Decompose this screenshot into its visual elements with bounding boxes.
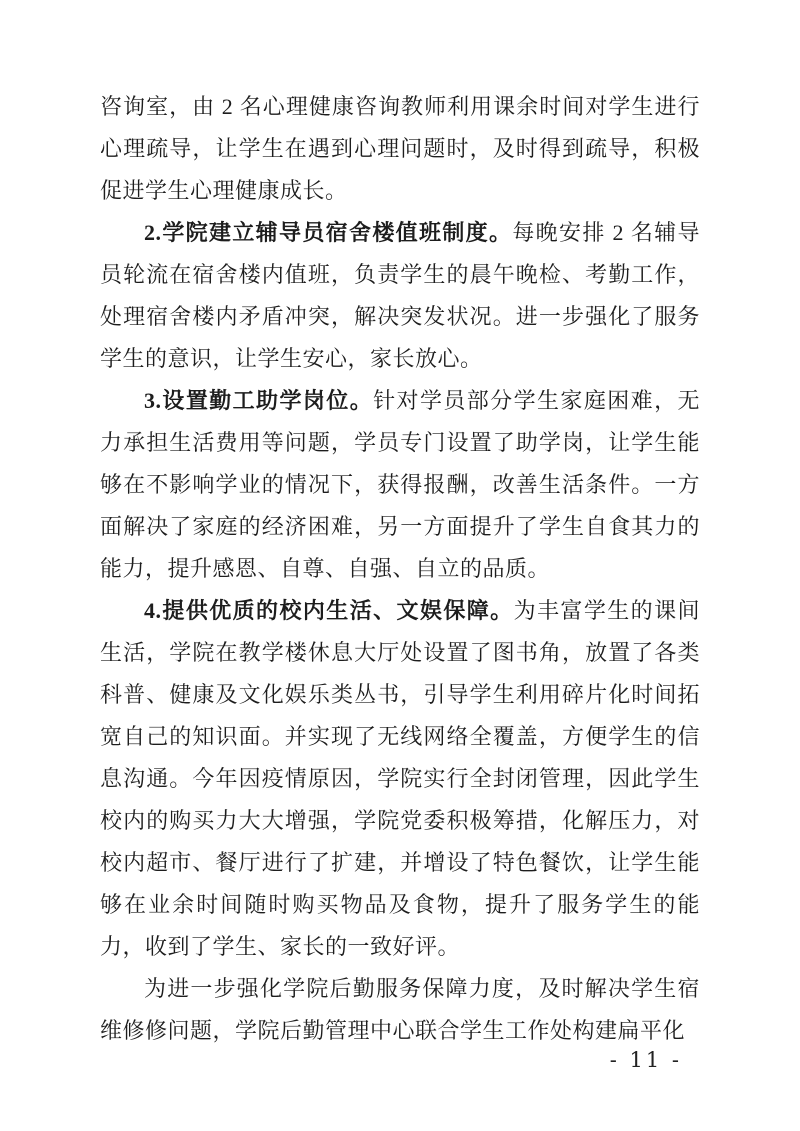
paragraph: 2.学院建立辅导员宿舍楼值班制度。每晚安排 2 名辅导员轮流在宿舍楼内值班，负责… [100,212,700,380]
paragraph-text: 为丰富学生的课间生活，学院在教学楼休息大厅处设置了图书角，放置了各类科普、健康及… [100,598,700,959]
paragraph-text: 咨询室，由 2 名心理健康咨询教师利用课余时间对学生进行心理疏导，让学生在遇到心… [100,94,700,203]
paragraph-text: 针对学员部分学生家庭困难，无力承担生活费用等问题，学员专门设置了助学岗，让学生能… [100,388,700,581]
document-page: 咨询室，由 2 名心理健康咨询教师利用课余时间对学生进行心理疏导，让学生在遇到心… [0,0,800,1131]
paragraph: 3.设置勤工助学岗位。针对学员部分学生家庭困难，无力承担生活费用等问题，学员专门… [100,380,700,590]
paragraph: 4.提供优质的校内生活、文娱保障。为丰富学生的课间生活，学院在教学楼休息大厅处设… [100,590,700,968]
paragraph-lead: 3.设置勤工助学岗位。 [144,388,373,413]
paragraph-lead: 2.学院建立辅导员宿舍楼值班制度。 [144,220,512,245]
paragraph: 咨询室，由 2 名心理健康咨询教师利用课余时间对学生进行心理疏导，让学生在遇到心… [100,86,700,212]
document-body: 咨询室，由 2 名心理健康咨询教师利用课余时间对学生进行心理疏导，让学生在遇到心… [100,86,700,1052]
paragraph-lead: 4.提供优质的校内生活、文娱保障。 [144,598,514,623]
paragraph-text: 为进一步强化学院后勤服务保障力度，及时解决学生宿维修修问题，学院后勤管理中心联合… [100,976,700,1043]
paragraph: 为进一步强化学院后勤服务保障力度，及时解决学生宿维修修问题，学院后勤管理中心联合… [100,968,700,1052]
page-number: - 11 - [610,1048,682,1072]
